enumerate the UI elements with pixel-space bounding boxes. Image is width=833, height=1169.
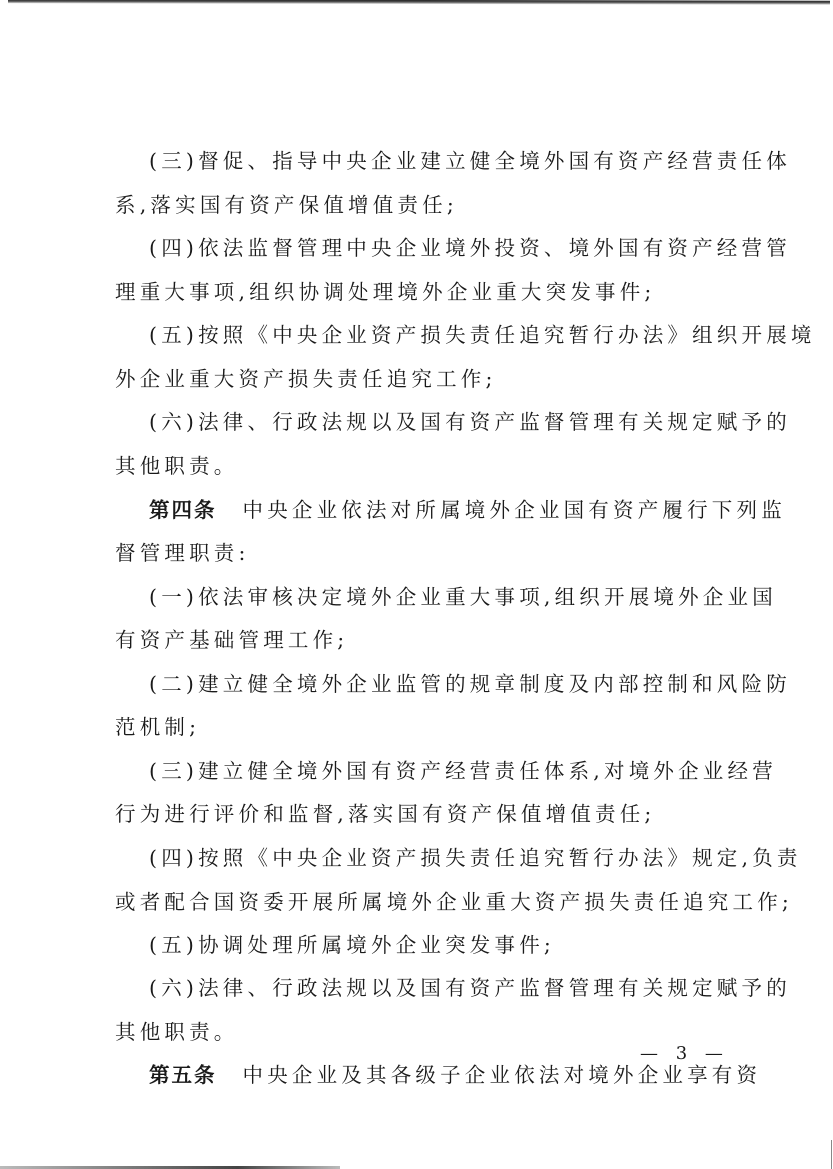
line-text: 理重大事项,组织协调处理境外企业重大突发事件;	[115, 280, 656, 304]
text-line: (二)建立健全境外企业监管的规章制度及内部控制和风险防	[149, 669, 791, 699]
text-line: (三)建立健全境外国有资产经营责任体系,对境外企业经营	[149, 756, 777, 786]
line-text: 中央企业及其各级子企业依法对境外企业享有资	[243, 1063, 762, 1087]
text-line: (一)依法审核决定境外企业重大事项,组织开展境外企业国	[149, 582, 777, 612]
line-text: (三)督促、指导中央企业建立健全境外国有资产经营责任体	[149, 149, 791, 173]
line-text: (二)建立健全境外企业监管的规章制度及内部控制和风险防	[149, 672, 791, 696]
text-line: 其他职责。	[115, 451, 239, 481]
line-text: (六)法律、行政法规以及国有资产监督管理有关规定赋予的	[149, 410, 791, 434]
text-line: (三)督促、指导中央企业建立健全境外国有资产经营责任体	[149, 146, 791, 176]
article-number: 第四条	[149, 498, 217, 522]
line-text: (五)按照《中央企业资产损失责任追究暂行办法》组织开展境	[149, 323, 816, 347]
text-line: 行为进行评价和监督,落实国有资产保值增值责任;	[115, 799, 656, 829]
text-line: (六)法律、行政法规以及国有资产监督管理有关规定赋予的	[149, 407, 791, 437]
line-text: 行为进行评价和监督,落实国有资产保值增值责任;	[115, 802, 656, 826]
line-text: 其他职责。	[115, 1020, 239, 1044]
line-text: 范机制;	[115, 715, 200, 739]
text-line: (四)按照《中央企业资产损失责任追究暂行办法》规定,负责	[149, 843, 802, 873]
text-line: 范机制;	[115, 712, 200, 742]
text-line: 外企业重大资产损失责任追究工作;	[115, 364, 497, 394]
article-number: 第五条	[149, 1063, 217, 1087]
line-text: (三)建立健全境外国有资产经营责任体系,对境外企业经营	[149, 759, 777, 783]
line-text: (六)法律、行政法规以及国有资产监督管理有关规定赋予的	[149, 976, 791, 1000]
text-line: (四)依法监督管理中央企业境外投资、境外国有资产经营管	[149, 233, 791, 263]
scan-edge-top	[8, 0, 830, 5]
page-number: — 3 —	[640, 1043, 729, 1064]
text-line: 或者配合国资委开展所属境外企业重大资产损失责任追究工作;	[115, 887, 793, 917]
scan-edge-right	[831, 1140, 832, 1169]
text-line: (五)按照《中央企业资产损失责任追究暂行办法》组织开展境	[149, 320, 816, 350]
line-text: 系,落实国有资产保值增值责任;	[115, 193, 458, 217]
text-line: (五)协调处理所属境外企业突发事件;	[149, 930, 555, 960]
line-text: 中央企业依法对所属境外企业国有资产履行下列监	[243, 498, 786, 522]
article-heading-line: 第四条中央企业依法对所属境外企业国有资产履行下列监	[149, 495, 786, 525]
line-text: 督管理职责:	[115, 541, 250, 565]
line-text: (四)依法监督管理中央企业境外投资、境外国有资产经营管	[149, 236, 791, 260]
article-heading-line: 第五条中央企业及其各级子企业依法对境外企业享有资	[149, 1060, 761, 1090]
line-text: (五)协调处理所属境外企业突发事件;	[149, 933, 555, 957]
text-line: 督管理职责:	[115, 538, 250, 568]
text-line: 理重大事项,组织协调处理境外企业重大突发事件;	[115, 277, 656, 307]
text-line: (六)法律、行政法规以及国有资产监督管理有关规定赋予的	[149, 973, 791, 1003]
text-line: 系,落实国有资产保值增值责任;	[115, 190, 458, 220]
line-text: (一)依法审核决定境外企业重大事项,组织开展境外企业国	[149, 585, 777, 609]
line-text: (四)按照《中央企业资产损失责任追究暂行办法》规定,负责	[149, 846, 802, 870]
text-line: 有资产基础管理工作;	[115, 625, 348, 655]
line-text: 其他职责。	[115, 454, 239, 478]
line-text: 外企业重大资产损失责任追究工作;	[115, 367, 497, 391]
text-line: 其他职责。	[115, 1017, 239, 1047]
line-text: 或者配合国资委开展所属境外企业重大资产损失责任追究工作;	[115, 890, 793, 914]
line-text: 有资产基础管理工作;	[115, 628, 348, 652]
